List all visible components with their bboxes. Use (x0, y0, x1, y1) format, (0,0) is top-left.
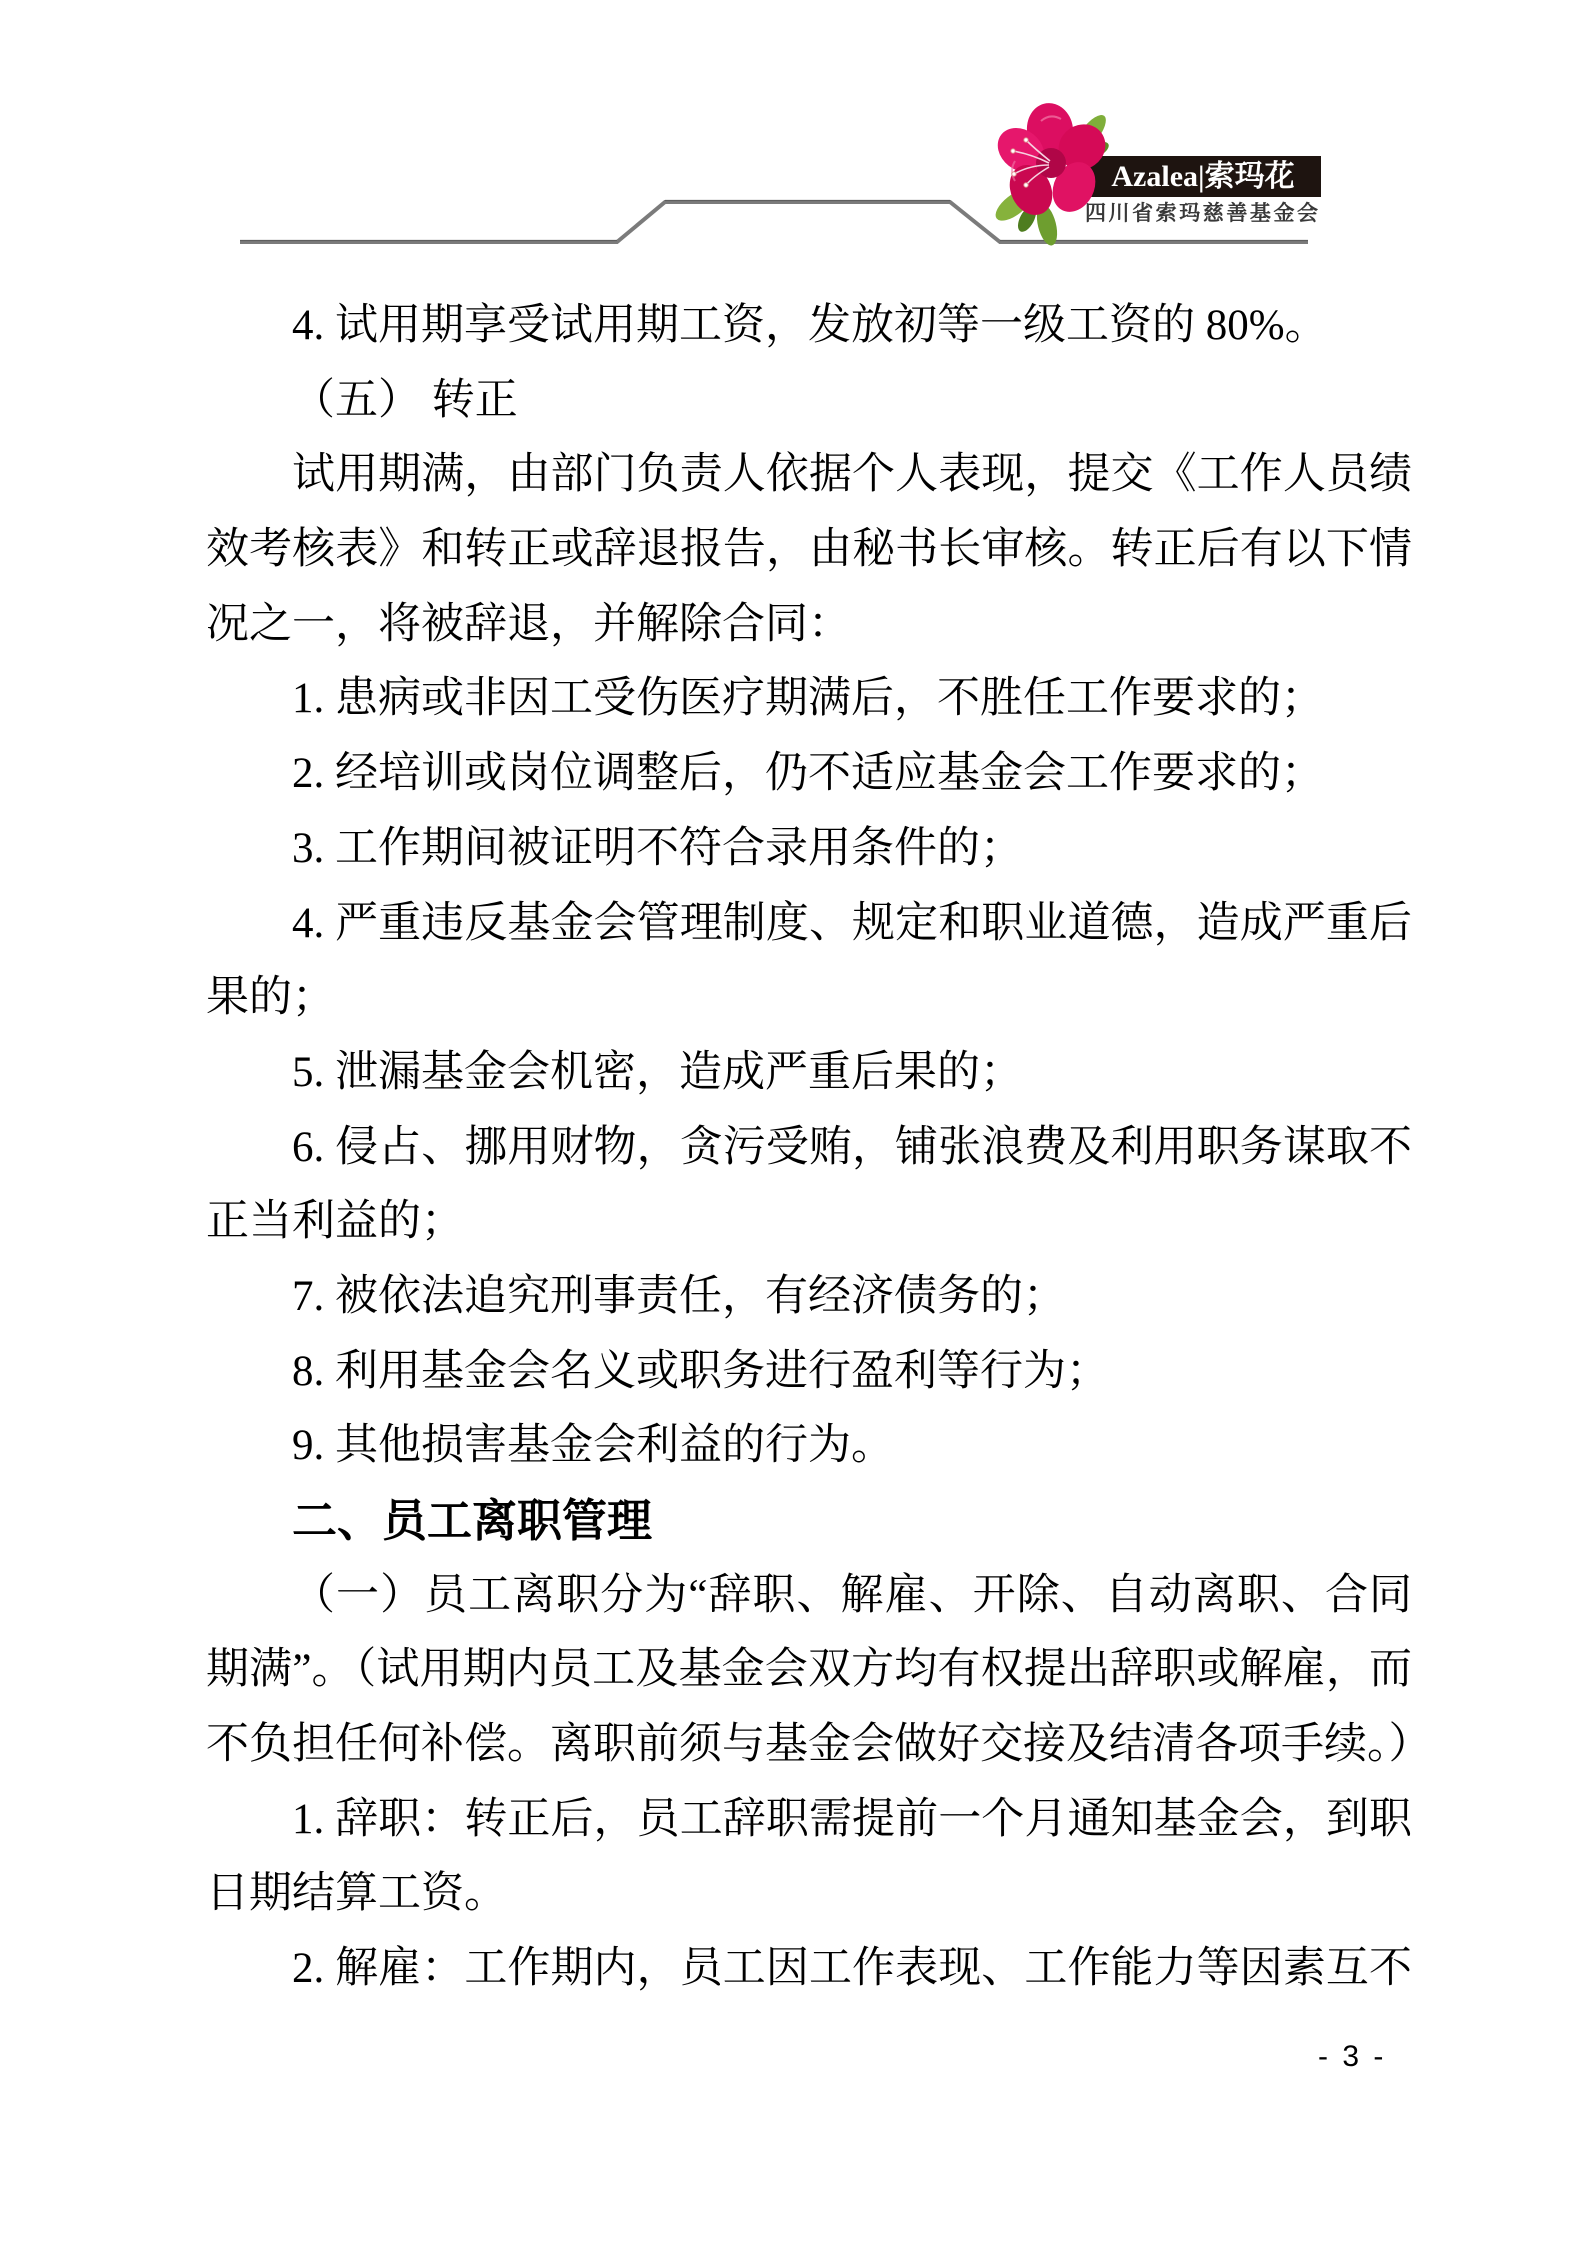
text-line: 不负担任何补偿。离职前须与基金会做好交接及结清各项手续。） (206, 1708, 1412, 1783)
text-line: 3. 工作期间被证明不符合录用条件的； (206, 812, 1412, 887)
text-line: 2. 经培训或岗位调整后，仍不适应基金会工作要求的； (206, 737, 1412, 812)
text-line: 7. 被依法追究刑事责任，有经济债务的； (206, 1260, 1412, 1335)
page-number: - 3 - (1318, 2040, 1408, 2074)
text-line: 况之一，将被辞退，并解除合同： (206, 588, 1412, 663)
text-line: 8. 利用基金会名义或职务进行盈利等行为； (206, 1335, 1412, 1410)
text-line: 5. 泄漏基金会机密，造成严重后果的； (206, 1036, 1412, 1111)
text-line: 2. 解雇：工作期内，员工因工作表现、工作能力等因素互不 (206, 1932, 1412, 2007)
text-line: 1. 患病或非因工受伤医疗期满后，不胜任工作要求的； (206, 662, 1412, 737)
document-body: 4. 试用期享受试用期工资，发放初等一级工资的 80%。（五） 转正试用期满，由… (206, 289, 1412, 2007)
document-page: Azalea|索玛花 四川省索玛慈善基金会 (0, 0, 1587, 2245)
header-divider-line (0, 0, 1587, 300)
text-line: 正当利益的； (206, 1185, 1412, 1260)
text-line: 效考核表》和转正或辞退报告，由秘书长审核。转正后有以下情 (206, 513, 1412, 588)
text-line: 果的； (206, 961, 1412, 1036)
text-line: （一）员工离职分为“辞职、解雇、开除、自动离职、合同 (206, 1559, 1412, 1634)
logo-wordmark: Azalea|索玛花 (1111, 160, 1294, 193)
text-line: 4. 严重违反基金会管理制度、规定和职业道德，造成严重后 (206, 887, 1412, 962)
text-line: （五） 转正 (206, 364, 1412, 439)
text-line: 9. 其他损害基金会利益的行为。 (206, 1409, 1412, 1484)
text-line: 4. 试用期享受试用期工资，发放初等一级工资的 80%。 (206, 289, 1412, 364)
text-line: 试用期满，由部门负责人依据个人表现，提交《工作人员绩 (206, 438, 1412, 513)
text-line: 6. 侵占、挪用财物，贪污受贿，铺张浪费及利用职务谋取不 (206, 1111, 1412, 1186)
azalea-flower-icon (993, 101, 1125, 249)
text-line: 日期结算工资。 (206, 1857, 1412, 1932)
text-line: 期满”。（试用期内员工及基金会双方均有权提出辞职或解雇，而 (206, 1633, 1412, 1708)
text-line: 1. 辞职：转正后，员工辞职需提前一个月通知基金会，到职 (206, 1783, 1412, 1858)
section-heading: 二、员工离职管理 (206, 1484, 1412, 1559)
